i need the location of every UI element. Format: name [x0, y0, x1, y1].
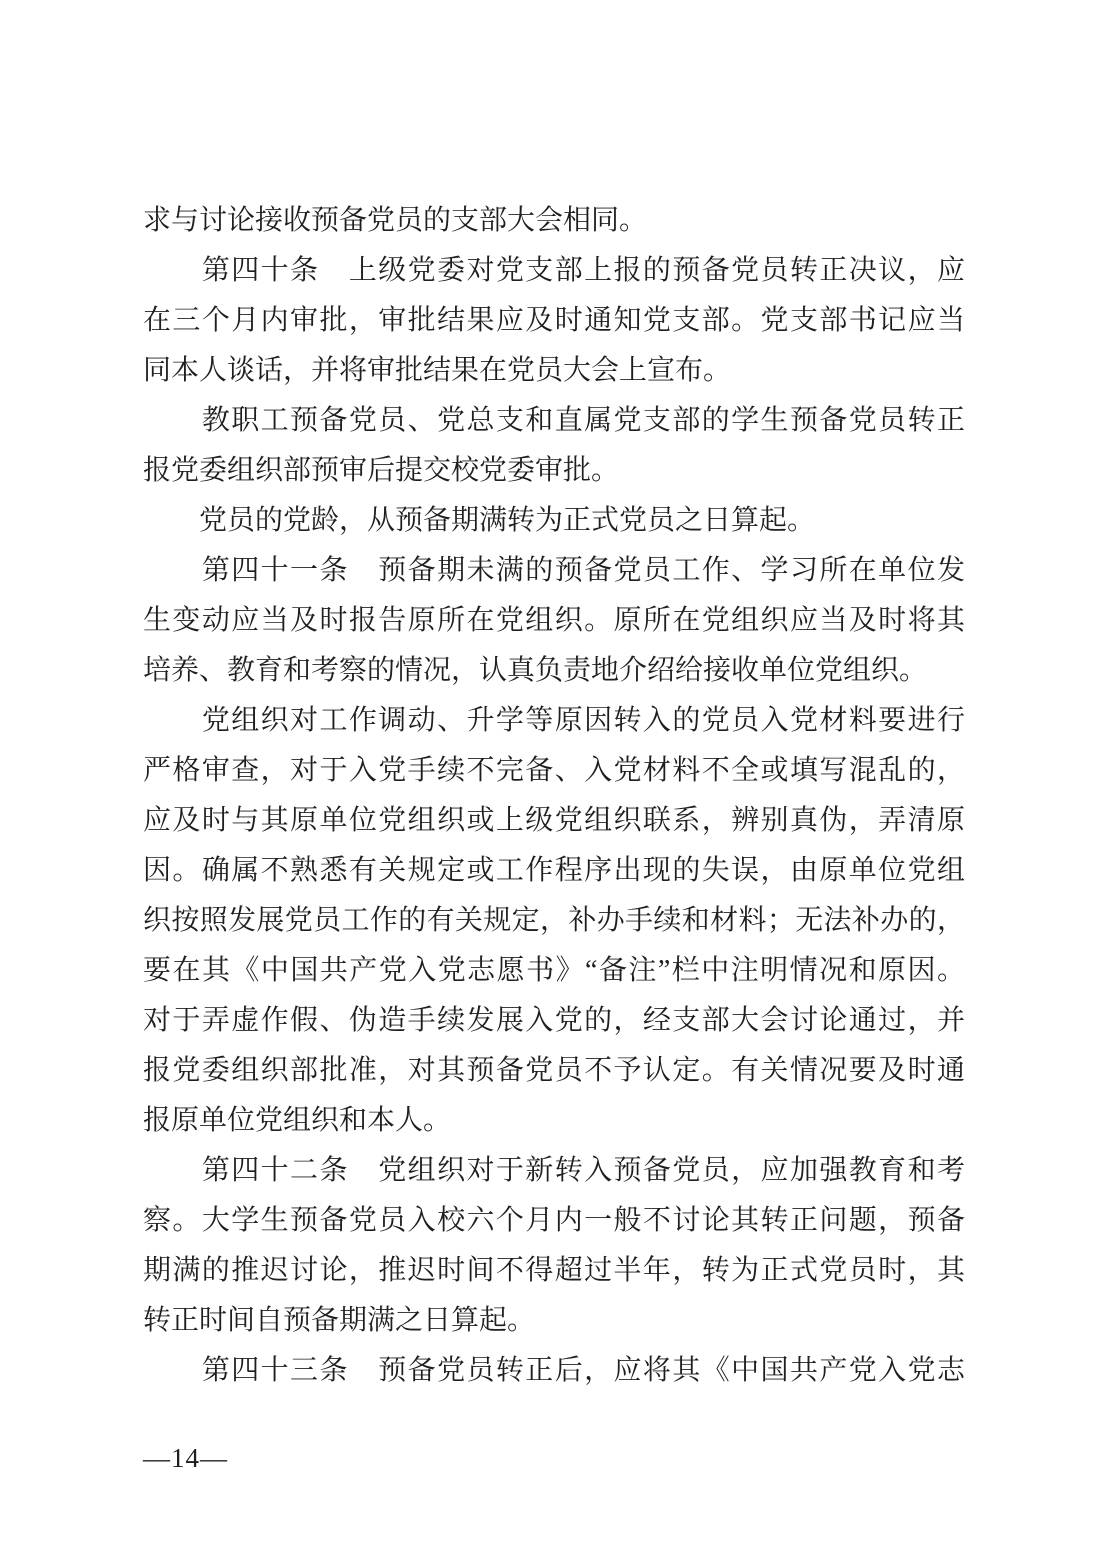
text-line: 教职工预备党员、党总支和直属党支部的学生预备党员转正: [143, 396, 965, 446]
text-line: 应及时与其原单位党组织或上级党组织联系，辨别真伪，弄清原: [143, 796, 965, 846]
text-line: 报原单位党组织和本人。: [143, 1096, 965, 1146]
document-body: 求与讨论接收预备党员的支部大会相同。 第四十条 上级党委对党支部上报的预备党员转…: [143, 196, 965, 1396]
text-line: 党员的党龄，从预备期满转为正式党员之日算起。: [143, 496, 965, 546]
document-page: 求与讨论接收预备党员的支部大会相同。 第四十条 上级党委对党支部上报的预备党员转…: [0, 0, 1102, 1559]
text-line: 要在其《中国共产党入党志愿书》“备注”栏中注明情况和原因。: [143, 946, 965, 996]
text-line: 同本人谈话，并将审批结果在党员大会上宣布。: [143, 346, 965, 396]
text-line: 期满的推迟讨论，推迟时间不得超过半年，转为正式党员时，其: [143, 1246, 965, 1296]
text-line: 第四十三条 预备党员转正后，应将其《中国共产党入党志: [143, 1346, 965, 1396]
page-number: —14—: [143, 1441, 228, 1475]
text-line: 因。确属不熟悉有关规定或工作程序出现的失误，由原单位党组: [143, 846, 965, 896]
text-line: 织按照发展党员工作的有关规定，补办手续和材料；无法补办的，: [143, 896, 965, 946]
text-line: 察。大学生预备党员入校六个月内一般不讨论其转正问题，预备: [143, 1196, 965, 1246]
text-line: 第四十二条 党组织对于新转入预备党员，应加强教育和考: [143, 1146, 965, 1196]
text-line: 党组织对工作调动、升学等原因转入的党员入党材料要进行: [143, 696, 965, 746]
text-line: 对于弄虚作假、伪造手续发展入党的，经支部大会讨论通过，并: [143, 996, 965, 1046]
text-line: 培养、教育和考察的情况，认真负责地介绍给接收单位党组织。: [143, 646, 965, 696]
text-line: 第四十一条 预备期未满的预备党员工作、学习所在单位发: [143, 546, 965, 596]
text-line: 严格审查，对于入党手续不完备、入党材料不全或填写混乱的，: [143, 746, 965, 796]
text-line: 在三个月内审批，审批结果应及时通知党支部。党支部书记应当: [143, 296, 965, 346]
text-line: 第四十条 上级党委对党支部上报的预备党员转正决议，应: [143, 246, 965, 296]
text-line: 生变动应当及时报告原所在党组织。原所在党组织应当及时将其: [143, 596, 965, 646]
text-line: 报党委组织部批准，对其预备党员不予认定。有关情况要及时通: [143, 1046, 965, 1096]
text-line: 求与讨论接收预备党员的支部大会相同。: [143, 196, 965, 246]
text-line: 报党委组织部预审后提交校党委审批。: [143, 446, 965, 496]
text-line: 转正时间自预备期满之日算起。: [143, 1296, 965, 1346]
